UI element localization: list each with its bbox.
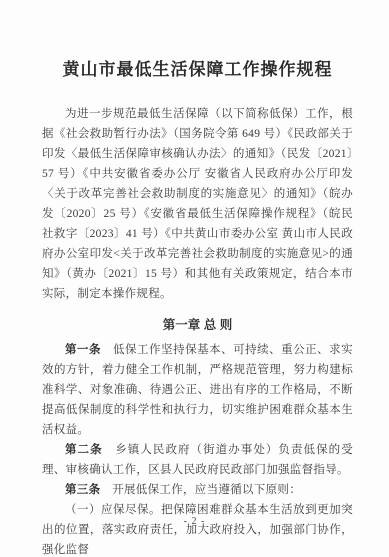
- article-paragraph: 第二条 乡镇人民政府（街道办事处）负责低保的受理、审核确认工作，区县人民政府民政…: [42, 440, 353, 480]
- document-title: 黄山市最低生活保障工作操作规程: [42, 56, 353, 84]
- page-number: - 2 -: [0, 514, 389, 530]
- article-label: 第一条: [65, 344, 101, 356]
- document-content: 黄山市最低生活保障工作操作规程 为进一步规范最低生活保障（以下简称低保）工作，根…: [0, 0, 389, 557]
- document-page: 黄山市最低生活保障工作操作规程 为进一步规范最低生活保障（以下简称低保）工作，根…: [0, 0, 389, 557]
- article-label: 第二条: [65, 444, 103, 456]
- article-label: 第三条: [65, 484, 100, 496]
- intro-paragraph: 为进一步规范最低生活保障（以下简称低保）工作，根据《社会救助暂行办法》（国务院令…: [42, 104, 353, 304]
- chapter-heading: 第一章 总 则: [42, 314, 353, 336]
- article-paragraph: 第三条 开展低保工作，应当遵循以下原则：: [42, 480, 353, 500]
- article-paragraph: 第一条 低保工作坚持保基本、可持续、重公正、求实效的方针，着力健全工作机制，严格…: [42, 340, 353, 440]
